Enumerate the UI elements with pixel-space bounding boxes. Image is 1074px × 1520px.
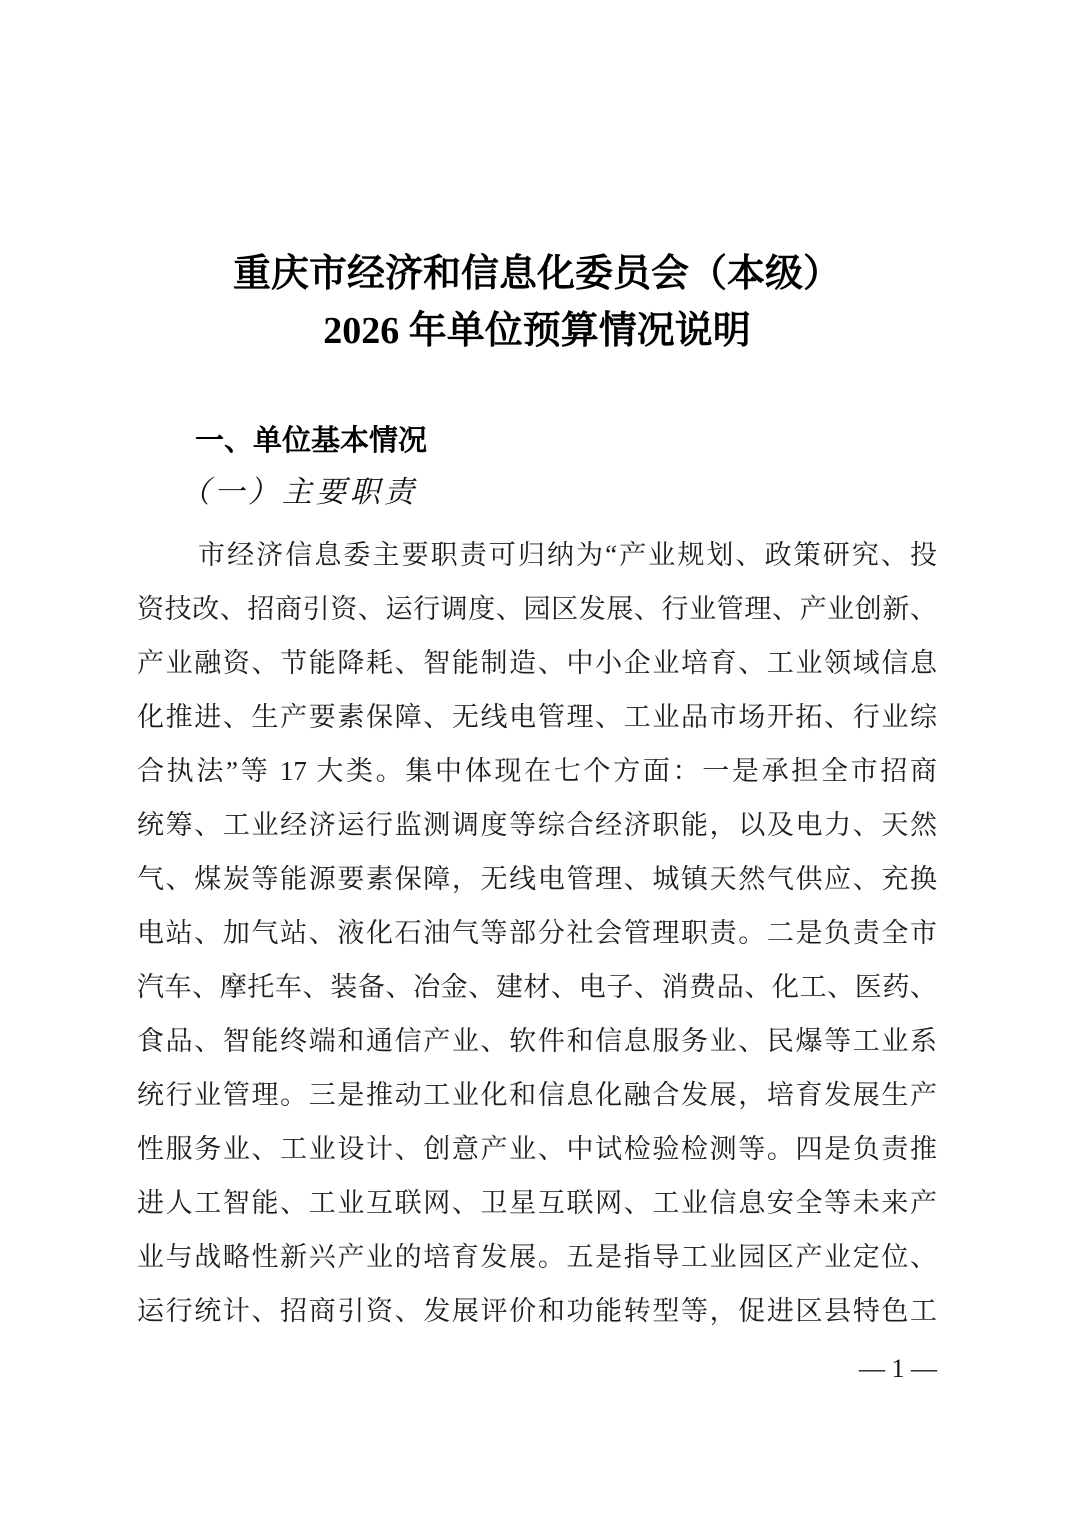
paragraph-line: 业与战略性新兴产业的培育发展。五是指导工业园区产业定位、 xyxy=(137,1230,937,1284)
paragraph-line: 汽车、摩托车、装备、冶金、建材、电子、消费品、化工、医药、 xyxy=(137,960,937,1014)
paragraph-line: 市经济信息委主要职责可归纳为“产业规划、政策研究、投 xyxy=(137,528,937,582)
paragraph-line: 统筹、工业经济运行监测调度等综合经济职能，以及电力、天然 xyxy=(137,798,937,852)
paragraph-line: 气、煤炭等能源要素保障，无线电管理、城镇天然气供应、充换 xyxy=(137,852,937,906)
paragraph-line: 产业融资、节能降耗、智能制造、中小企业培育、工业领域信息 xyxy=(137,636,937,690)
paragraph-line: 合执法”等 17 大类。集中体现在七个方面：一是承担全市招商 xyxy=(137,744,937,798)
paragraph-main-duties: 市经济信息委主要职责可归纳为“产业规划、政策研究、投 资技改、招商引资、运行调度… xyxy=(137,528,937,1338)
paragraph-line: 进人工智能、工业互联网、卫星互联网、工业信息安全等未来产 xyxy=(137,1176,937,1230)
paragraph-line: 资技改、招商引资、运行调度、园区发展、行业管理、产业创新、 xyxy=(137,582,937,636)
document-title: 重庆市经济和信息化委员会（本级） 2026 年单位预算情况说明 xyxy=(137,246,937,360)
document-page: 重庆市经济和信息化委员会（本级） 2026 年单位预算情况说明 一、单位基本情况… xyxy=(0,0,1074,1520)
paragraph-line: 运行统计、招商引资、发展评价和功能转型等，促进区县特色工 xyxy=(137,1284,937,1338)
document-title-line-1: 重庆市经济和信息化委员会（本级） xyxy=(137,246,937,303)
subsection-heading-main-duties: （一）主要职责 xyxy=(180,476,418,510)
paragraph-line: 性服务业、工业设计、创意产业、中试检验检测等。四是负责推 xyxy=(137,1122,937,1176)
page-number: — 1 — xyxy=(137,1356,937,1382)
section-heading-basic-info: 一、单位基本情况 xyxy=(195,425,427,458)
paragraph-line: 电站、加气站、液化石油气等部分社会管理职责。二是负责全市 xyxy=(137,906,937,960)
paragraph-line: 食品、智能终端和通信产业、软件和信息服务业、民爆等工业系 xyxy=(137,1014,937,1068)
paragraph-line: 统行业管理。三是推动工业化和信息化融合发展，培育发展生产 xyxy=(137,1068,937,1122)
document-title-line-2: 2026 年单位预算情况说明 xyxy=(137,303,937,360)
paragraph-line: 化推进、生产要素保障、无线电管理、工业品市场开拓、行业综 xyxy=(137,690,937,744)
